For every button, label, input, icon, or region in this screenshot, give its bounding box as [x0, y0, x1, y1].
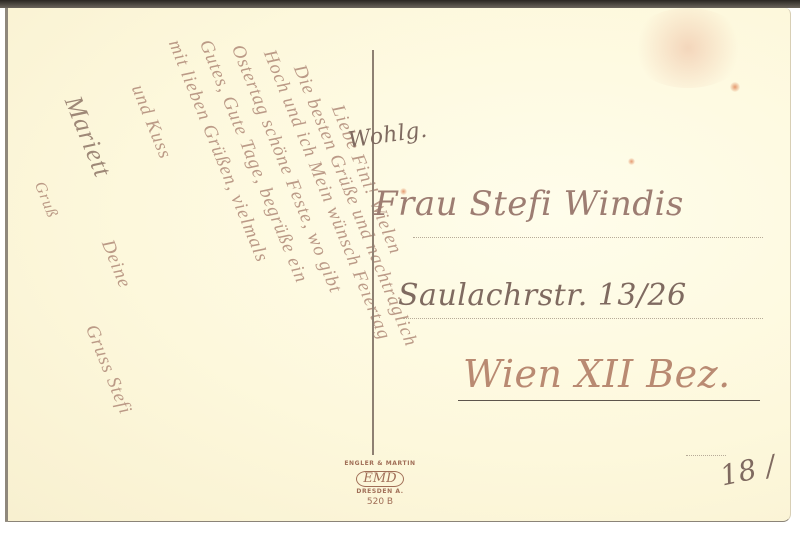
address-line-2	[403, 318, 763, 319]
publisher-monogram: EMD	[356, 471, 403, 487]
corner-note: Mariett	[58, 92, 118, 182]
address-line-1	[413, 237, 763, 238]
message-line: Gruss Stefi	[80, 322, 136, 418]
recipient-name: Frau Stefi Windis	[374, 184, 684, 224]
recipient-city: Wien XII Bez.	[463, 352, 731, 396]
publisher-name: ENGLER & MARTIN	[341, 460, 419, 467]
message-line: Deine	[96, 237, 135, 292]
foxing-stain	[628, 8, 748, 88]
corner-note: Gruß	[30, 179, 61, 221]
rust-spot	[730, 82, 740, 92]
vertical-divider	[372, 50, 374, 455]
message-line: und Kuss	[126, 82, 176, 163]
district-note: 18 /	[717, 449, 779, 493]
publisher-city: DRESDEN A.	[341, 488, 419, 495]
postcard-back: Liebe Fini! Wielen Die besten Grüße und …	[5, 8, 791, 522]
recipient-street: Saulachrstr. 13/26	[398, 278, 687, 313]
publisher-logo: ENGLER & MARTIN EMD DRESDEN A. 520 B	[341, 460, 419, 522]
address-line-4	[686, 455, 726, 456]
card-series-code: 520 B	[341, 497, 419, 507]
address-line-3	[458, 400, 760, 401]
salutation-mark: Wohlg.	[347, 118, 429, 154]
rust-spot	[628, 158, 635, 165]
scan-edge	[0, 0, 800, 8]
